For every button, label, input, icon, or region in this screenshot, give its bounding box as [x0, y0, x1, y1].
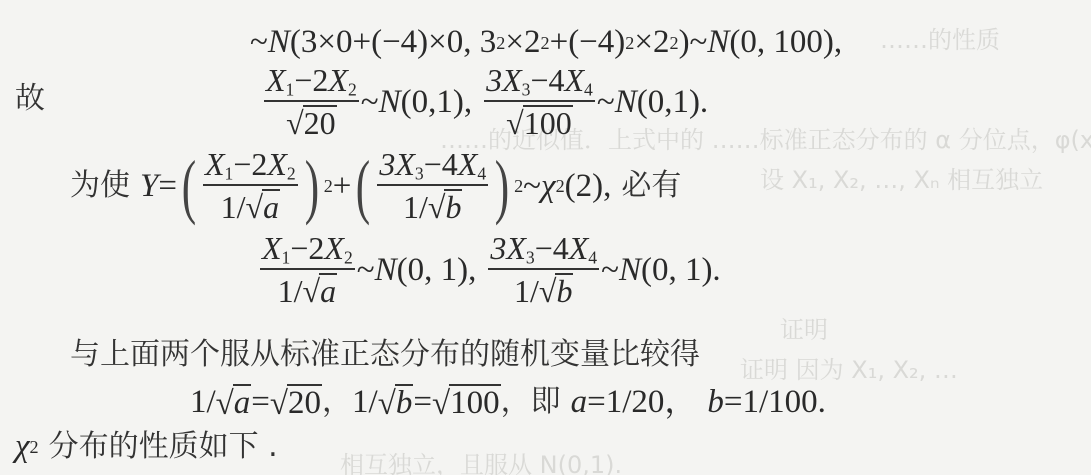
normal-symbol: N [379, 86, 401, 119]
normal-symbol: N [615, 86, 637, 119]
equation-line-6: 1/√a = √20 ， 1/√b = √100 ， 即 a=1/20， b=1… [190, 384, 826, 421]
expression-text: (2), [565, 170, 612, 203]
numerator: X1−2X2 [264, 64, 359, 102]
left-paren-icon: ( [182, 150, 196, 222]
normal-symbol: N [375, 254, 397, 287]
equation-line-2: X1−2X2 √20 ~N(0,1), 3X3−4X4 √100 ~N(0,1)… [262, 64, 708, 140]
numerator: 3X3−4X4 [377, 148, 488, 186]
numerator: 3X3−4X4 [484, 64, 595, 102]
variable-y: Y [140, 170, 158, 203]
expression-text: (0, 1), [397, 254, 477, 287]
label-gu: 故 [15, 84, 45, 114]
bleed-through-text: ……的性质 [880, 20, 1000, 55]
tilde-symbol: ~ [601, 254, 619, 287]
sqrt-icon: √b [428, 189, 463, 225]
tilde-symbol: ~ [361, 86, 379, 119]
fraction-2: 3X3−4X4 1/√b [488, 232, 599, 308]
expression-text: (0,1). [637, 86, 708, 119]
sqrt-icon: √100 [506, 105, 573, 141]
chi-square-heading: χ2 分布的性质如下 . [15, 430, 278, 463]
denominator: 1/√a [278, 270, 337, 309]
equation-line-4: X1−2X2 1/√a ~N(0, 1), 3X3−4X4 1/√b ~N(0,… [258, 232, 721, 308]
denominator: 1/√b [403, 186, 462, 225]
comma: ， [501, 387, 531, 417]
comma: ， [322, 387, 352, 417]
tilde-symbol: ~ [597, 86, 615, 119]
expression-text: ×2 [505, 26, 540, 59]
result-b: =1/100. [724, 386, 826, 419]
sqrt-icon: √b [378, 384, 414, 421]
normal-symbol: N [619, 254, 641, 287]
equals-symbol: = [413, 386, 432, 419]
bleed-through-text: 相互独立，且服从 N(0,1). [340, 445, 622, 475]
expression-text: (0,1), [401, 86, 472, 119]
chi-symbol: χ [15, 430, 30, 463]
denominator: 1/√b [514, 270, 573, 309]
fraction-1: X1−2X2 √20 [264, 64, 359, 140]
denominator: 1/√a [221, 186, 280, 225]
denominator: √20 [286, 102, 337, 141]
tilde-symbol: ~ [250, 26, 268, 59]
expression-text: )~ [679, 26, 708, 59]
fraction-2: 3X3−4X4 √100 [484, 64, 595, 140]
numerator: 3X3−4X4 [488, 232, 599, 270]
sqrt-icon: √20 [270, 384, 322, 421]
heading-text: 分布的性质如下 . [49, 432, 278, 462]
sqrt-icon: √a [216, 384, 252, 421]
expression-text: (0, 1). [641, 254, 721, 287]
equals-symbol: = [251, 386, 270, 419]
suffix-text: 必有 [621, 171, 681, 201]
normal-symbol: N [268, 26, 290, 59]
prefix-text: 为使 [70, 171, 130, 201]
bleed-through-text: 设 X₁, X₂, …, Xₙ 相互独立 [760, 160, 1043, 195]
expression-text: ×2 [634, 26, 669, 59]
sqrt-icon: √a [303, 273, 338, 309]
bleed-through-text: 证明 因为 X₁, X₂, … [740, 350, 958, 385]
ji-text: 即 [531, 387, 561, 417]
expression-text: (3×0+(−4)×0, 3 [290, 26, 496, 59]
tilde-symbol: ~ [357, 254, 375, 287]
denominator: √100 [506, 102, 573, 141]
fraction-2: 3X3−4X4 1/√b [377, 148, 488, 224]
equation-line-1: ~ N (3×0+(−4)×0, 32 ×22 +(−4)2 ×22 )~ N … [250, 26, 842, 59]
equals-symbol: = [158, 170, 177, 203]
left-paren-icon: ( [356, 150, 370, 222]
expression-text: (0, 100), [729, 26, 842, 59]
sqrt-icon: √20 [286, 105, 337, 141]
variable-b: b [707, 386, 724, 419]
sqrt-icon: √a [246, 189, 281, 225]
numerator: X1−2X2 [260, 232, 355, 270]
variable-a: a [571, 386, 588, 419]
normal-symbol: N [707, 26, 729, 59]
sqrt-icon: √100 [432, 384, 501, 421]
expression-text: +(−4) [550, 26, 626, 59]
sqrt-icon: √b [539, 273, 574, 309]
comparison-sentence: 与上面两个服从标准正态分布的随机变量比较得 [70, 340, 700, 370]
right-paren-icon: ) [495, 150, 509, 222]
result-a: =1/20， [587, 386, 697, 419]
equation-line-3: 为使 Y= ( X1−2X2 1/√a )2 + ( 3X3−4X4 1/√b … [70, 148, 681, 224]
tilde-symbol: ~ [523, 170, 541, 203]
numerator: X1−2X2 [203, 148, 298, 186]
plus-symbol: + [333, 170, 352, 203]
fraction-1: X1−2X2 1/√a [260, 232, 355, 308]
fraction-1: X1−2X2 1/√a [203, 148, 298, 224]
chi-symbol: χ [541, 170, 556, 203]
right-paren-icon: ) [305, 150, 319, 222]
bleed-through-text: 证明 [780, 310, 828, 345]
